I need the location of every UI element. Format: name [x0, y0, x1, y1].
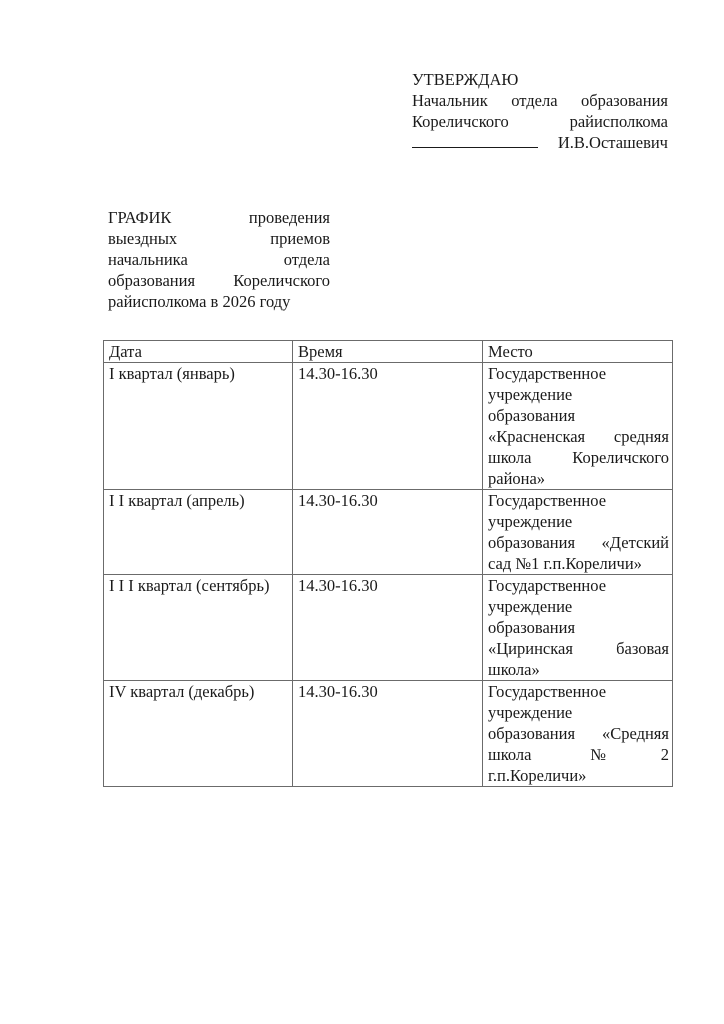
cell-time: 14.30-16.30 [293, 363, 483, 490]
cell-date: I I квартал (апрель) [104, 490, 293, 575]
cell-date: I I I квартал (сентябрь) [104, 575, 293, 681]
title-line: ГРАФИК проведения [108, 207, 330, 228]
cell-date: IV квартал (декабрь) [104, 681, 293, 787]
place-line: Государственное [488, 490, 669, 511]
header-time: Время [293, 341, 483, 363]
place-line: учреждение [488, 596, 669, 617]
place-line: района» [488, 468, 669, 489]
place-line: г.п.Кореличи» [488, 765, 669, 786]
approval-position: Начальник отдела образования [412, 90, 668, 111]
cell-place: Государственное учреждение образования «… [483, 363, 673, 490]
place-line: сад №1 г.п.Кореличи» [488, 553, 669, 574]
place-line: образования [488, 617, 669, 638]
place-line: школа Кореличского [488, 447, 669, 468]
place-line: Государственное [488, 575, 669, 596]
place-line: «Циринская базовая [488, 638, 669, 659]
place-line: Государственное [488, 363, 669, 384]
cell-place: Государственное учреждение образования «… [483, 681, 673, 787]
place-line: образования [488, 405, 669, 426]
place-line: школа №2 [488, 744, 669, 765]
table-row: I I I квартал (сентябрь) 14.30-16.30 Гос… [104, 575, 673, 681]
table-header-row: Дата Время Место [104, 341, 673, 363]
title-line: выездных приемов [108, 228, 330, 249]
signature-blank [412, 132, 538, 148]
document-title: ГРАФИК проведения выездных приемов начал… [108, 207, 330, 312]
cell-place: Государственное учреждение образования «… [483, 490, 673, 575]
place-line: учреждение [488, 384, 669, 405]
title-line: образования Кореличского [108, 270, 330, 291]
approval-organization: Кореличского райисполкома [412, 111, 668, 132]
cell-time: 14.30-16.30 [293, 490, 483, 575]
cell-time: 14.30-16.30 [293, 575, 483, 681]
place-line: Государственное [488, 681, 669, 702]
approval-heading: УТВЕРЖДАЮ [412, 69, 668, 90]
header-place: Место [483, 341, 673, 363]
table-row: I I квартал (апрель) 14.30-16.30 Государ… [104, 490, 673, 575]
cell-time: 14.30-16.30 [293, 681, 483, 787]
cell-place: Государственное учреждение образования «… [483, 575, 673, 681]
signature-line: И.В.Осташевич [412, 132, 668, 153]
table-row: I квартал (январь) 14.30-16.30 Государст… [104, 363, 673, 490]
signatory-name: И.В.Осташевич [558, 133, 668, 152]
place-line: школа» [488, 659, 669, 680]
table-row: IV квартал (декабрь) 14.30-16.30 Государ… [104, 681, 673, 787]
place-line: учреждение [488, 511, 669, 532]
place-line: образования «Средняя [488, 723, 669, 744]
place-line: образования «Детский [488, 532, 669, 553]
approval-block: УТВЕРЖДАЮ Начальник отдела образования К… [412, 69, 668, 153]
title-line: райисполкома в 2026 году [108, 291, 330, 312]
title-line: начальника отдела [108, 249, 330, 270]
header-date: Дата [104, 341, 293, 363]
schedule-table: Дата Время Место I квартал (январь) 14.3… [103, 340, 673, 787]
cell-date: I квартал (январь) [104, 363, 293, 490]
place-line: «Красненская средняя [488, 426, 669, 447]
place-line: учреждение [488, 702, 669, 723]
